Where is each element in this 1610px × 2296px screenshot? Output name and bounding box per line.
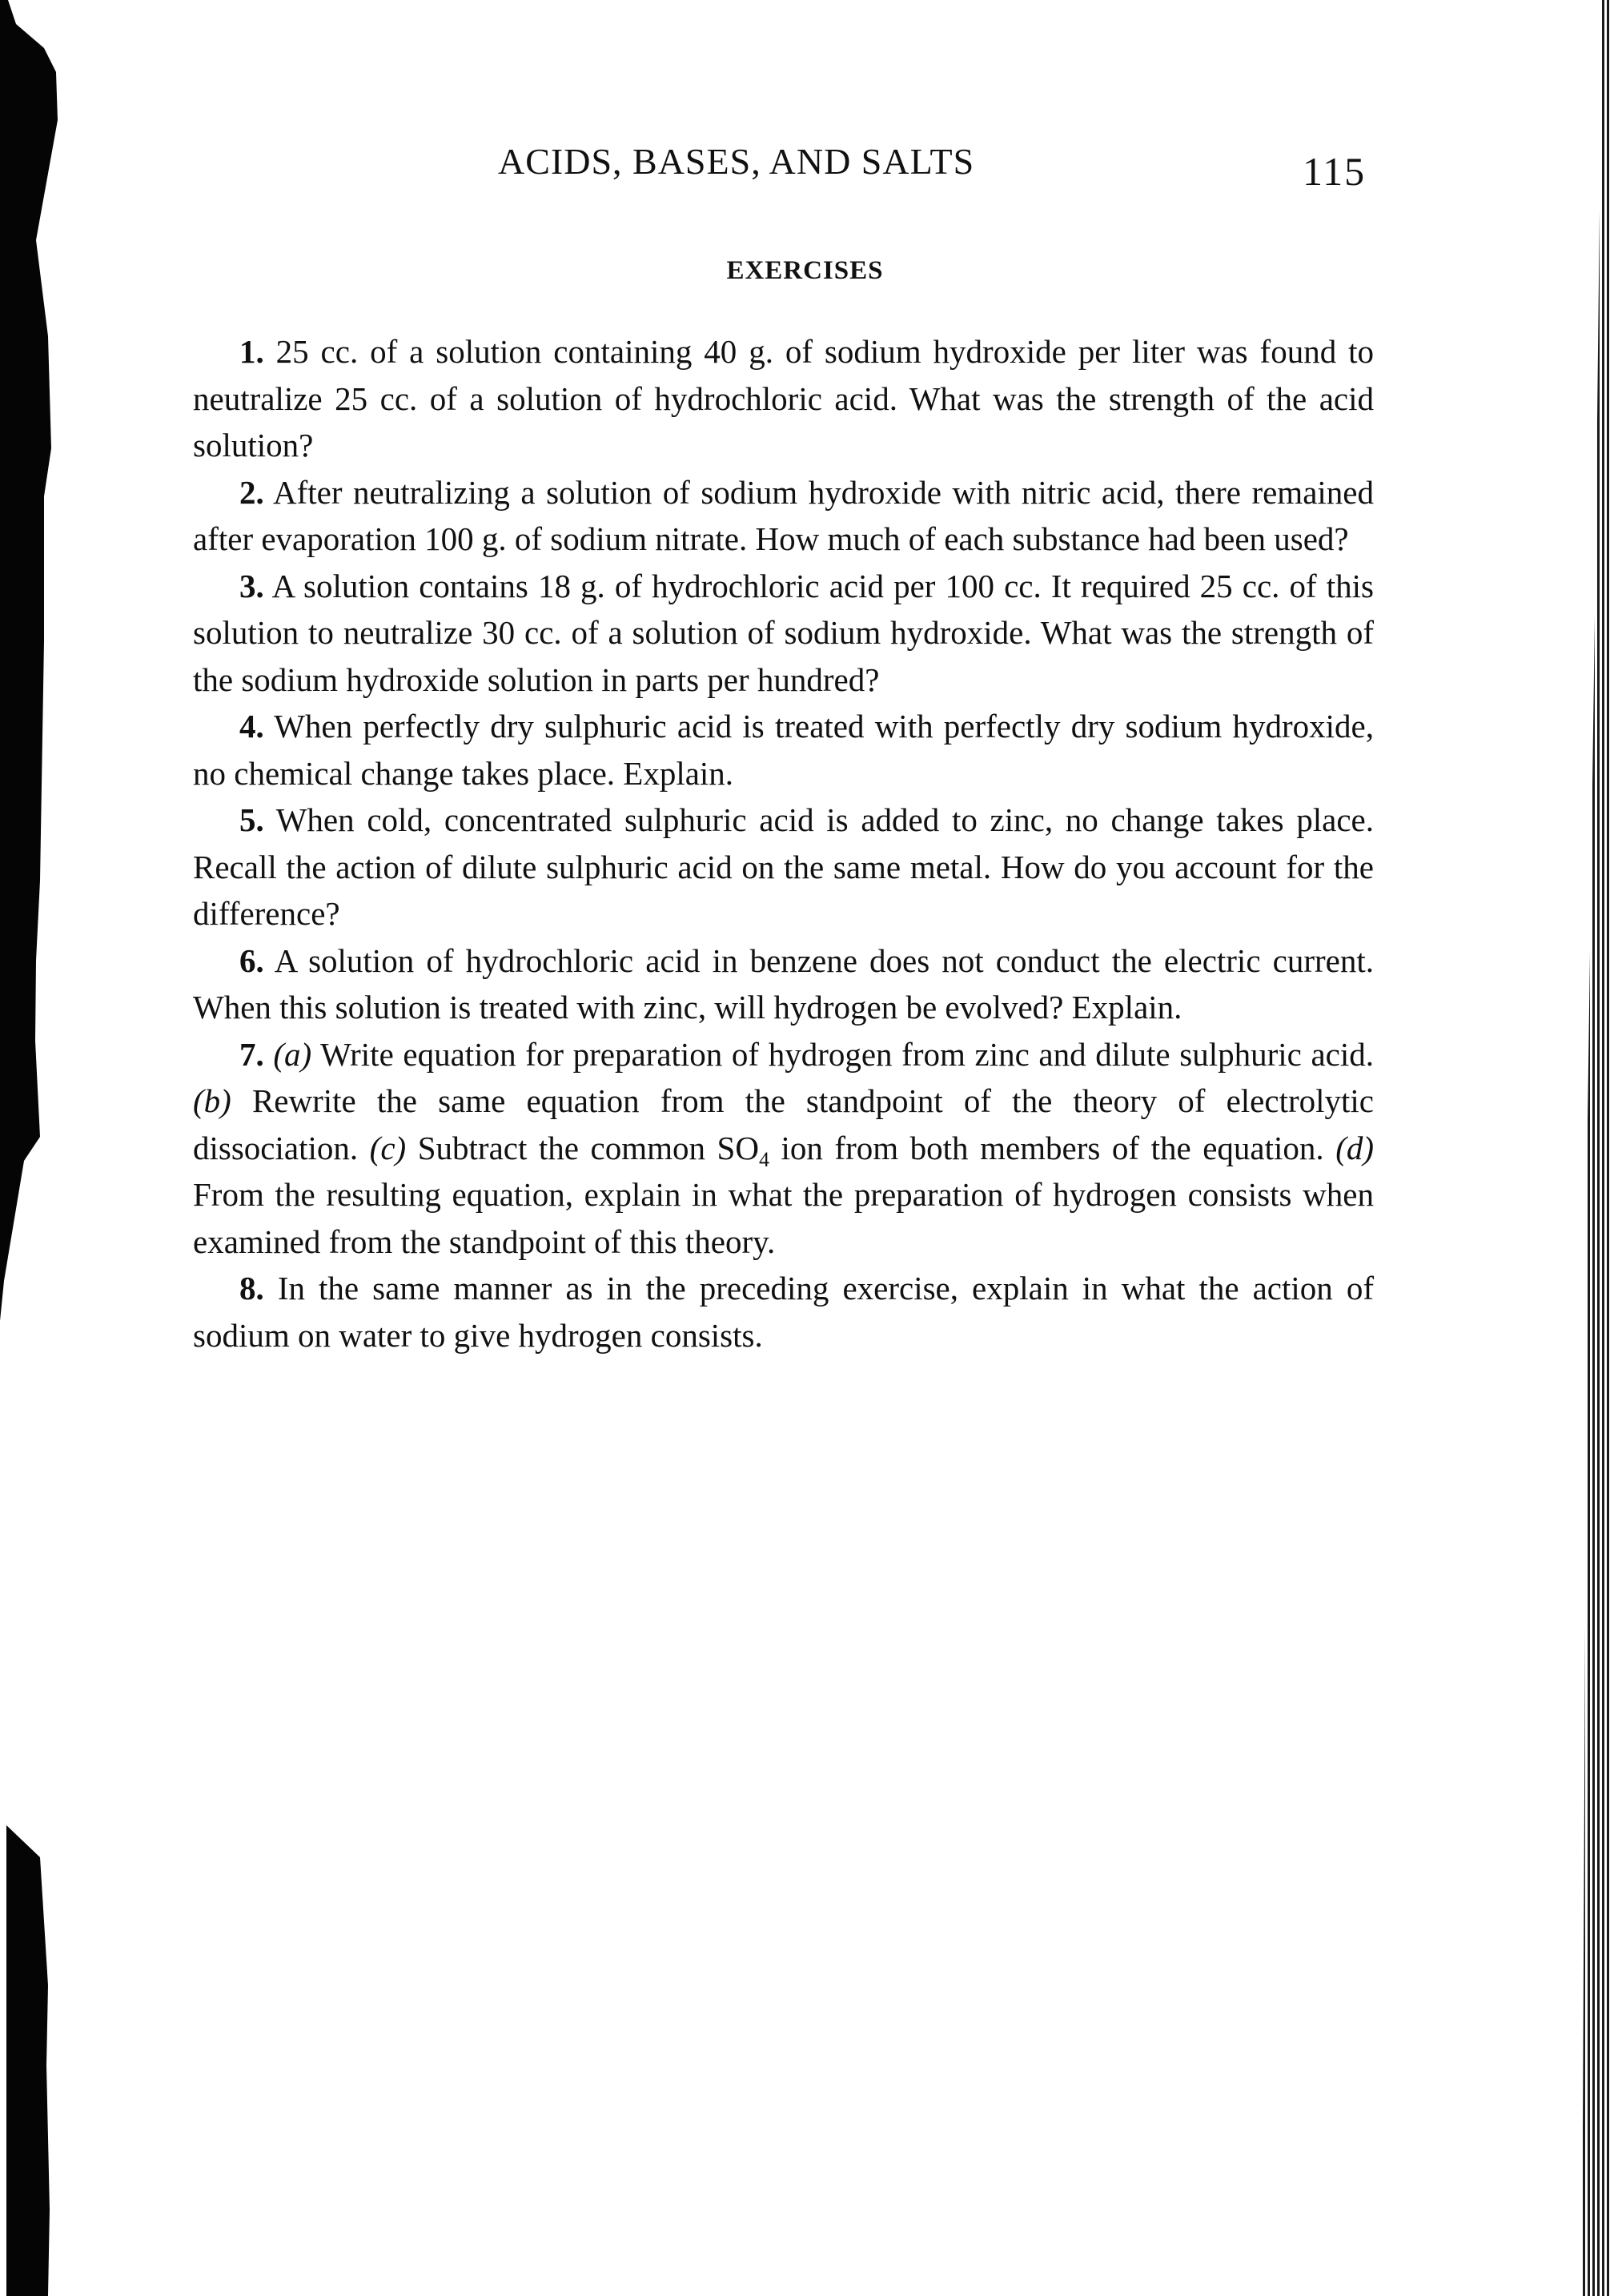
exercise-6: 6. A solution of hydrochloric acid in be… xyxy=(193,937,1374,1031)
exercise-text: After neutralizing a solution of sodium … xyxy=(193,474,1374,558)
exercise-1: 1. 25 cc. of a solution containing 40 g.… xyxy=(193,328,1374,469)
page-edge-stack xyxy=(1578,0,1610,2296)
subscript: 4 xyxy=(759,1148,769,1171)
exercise-text: A solution of hydrochloric acid in benze… xyxy=(193,942,1374,1026)
part-label-c: (c) xyxy=(370,1130,407,1166)
exercise-text: A solution contains 18 g. of hydrochlori… xyxy=(193,568,1374,698)
part-text-a: Write equation for preparation of hydrog… xyxy=(311,1036,1374,1073)
exercise-number: 3. xyxy=(239,568,264,604)
part-label-b: (b) xyxy=(193,1082,231,1119)
exercise-number: 7. xyxy=(239,1036,264,1073)
running-header: ACIDS, BASES, AND SALTS 115 xyxy=(0,140,1610,196)
exercise-number: 4. xyxy=(239,708,264,745)
exercise-number: 2. xyxy=(239,474,264,511)
part-text-c: Subtract the common SO xyxy=(406,1130,759,1166)
running-title: ACIDS, BASES, AND SALTS xyxy=(498,140,974,183)
exercise-2: 2. After neutralizing a solution of sodi… xyxy=(193,469,1374,563)
exercise-3: 3. A solution contains 18 g. of hydrochl… xyxy=(193,563,1374,704)
exercise-number: 1. xyxy=(239,333,264,370)
exercise-8: 8. In the same manner as in the precedin… xyxy=(193,1265,1374,1359)
page-number: 115 xyxy=(1303,148,1366,195)
exercise-number: 5. xyxy=(239,801,264,838)
exercise-text: When perfectly dry sulphuric acid is tre… xyxy=(193,708,1374,792)
part-label-a: (a) xyxy=(273,1036,311,1073)
part-label-d: (d) xyxy=(1335,1130,1374,1166)
part-text-c-cont: ion from both members of the equation. xyxy=(769,1130,1335,1166)
section-title: EXERCISES xyxy=(0,256,1610,286)
exercise-number: 8. xyxy=(239,1270,264,1307)
book-binding-shadow-top xyxy=(0,0,58,1521)
exercise-text: 25 cc. of a solution containing 40 g. of… xyxy=(193,333,1374,464)
exercise-number: 6. xyxy=(239,942,264,979)
exercise-5: 5. When cold, concentrated sulphuric aci… xyxy=(193,797,1374,937)
exercise-4: 4. When perfectly dry sulphuric acid is … xyxy=(193,703,1374,797)
exercise-text: When cold, concentrated sulphuric acid i… xyxy=(193,801,1374,932)
book-binding-shadow-bottom xyxy=(0,1825,50,2296)
exercise-7: 7. (a) Write equation for preparation of… xyxy=(193,1031,1374,1266)
exercise-list: 1. 25 cc. of a solution containing 40 g.… xyxy=(193,328,1374,1359)
exercise-text: In the same manner as in the preceding e… xyxy=(193,1270,1374,1354)
part-text-d: From the resulting equation, explain in … xyxy=(193,1176,1374,1260)
